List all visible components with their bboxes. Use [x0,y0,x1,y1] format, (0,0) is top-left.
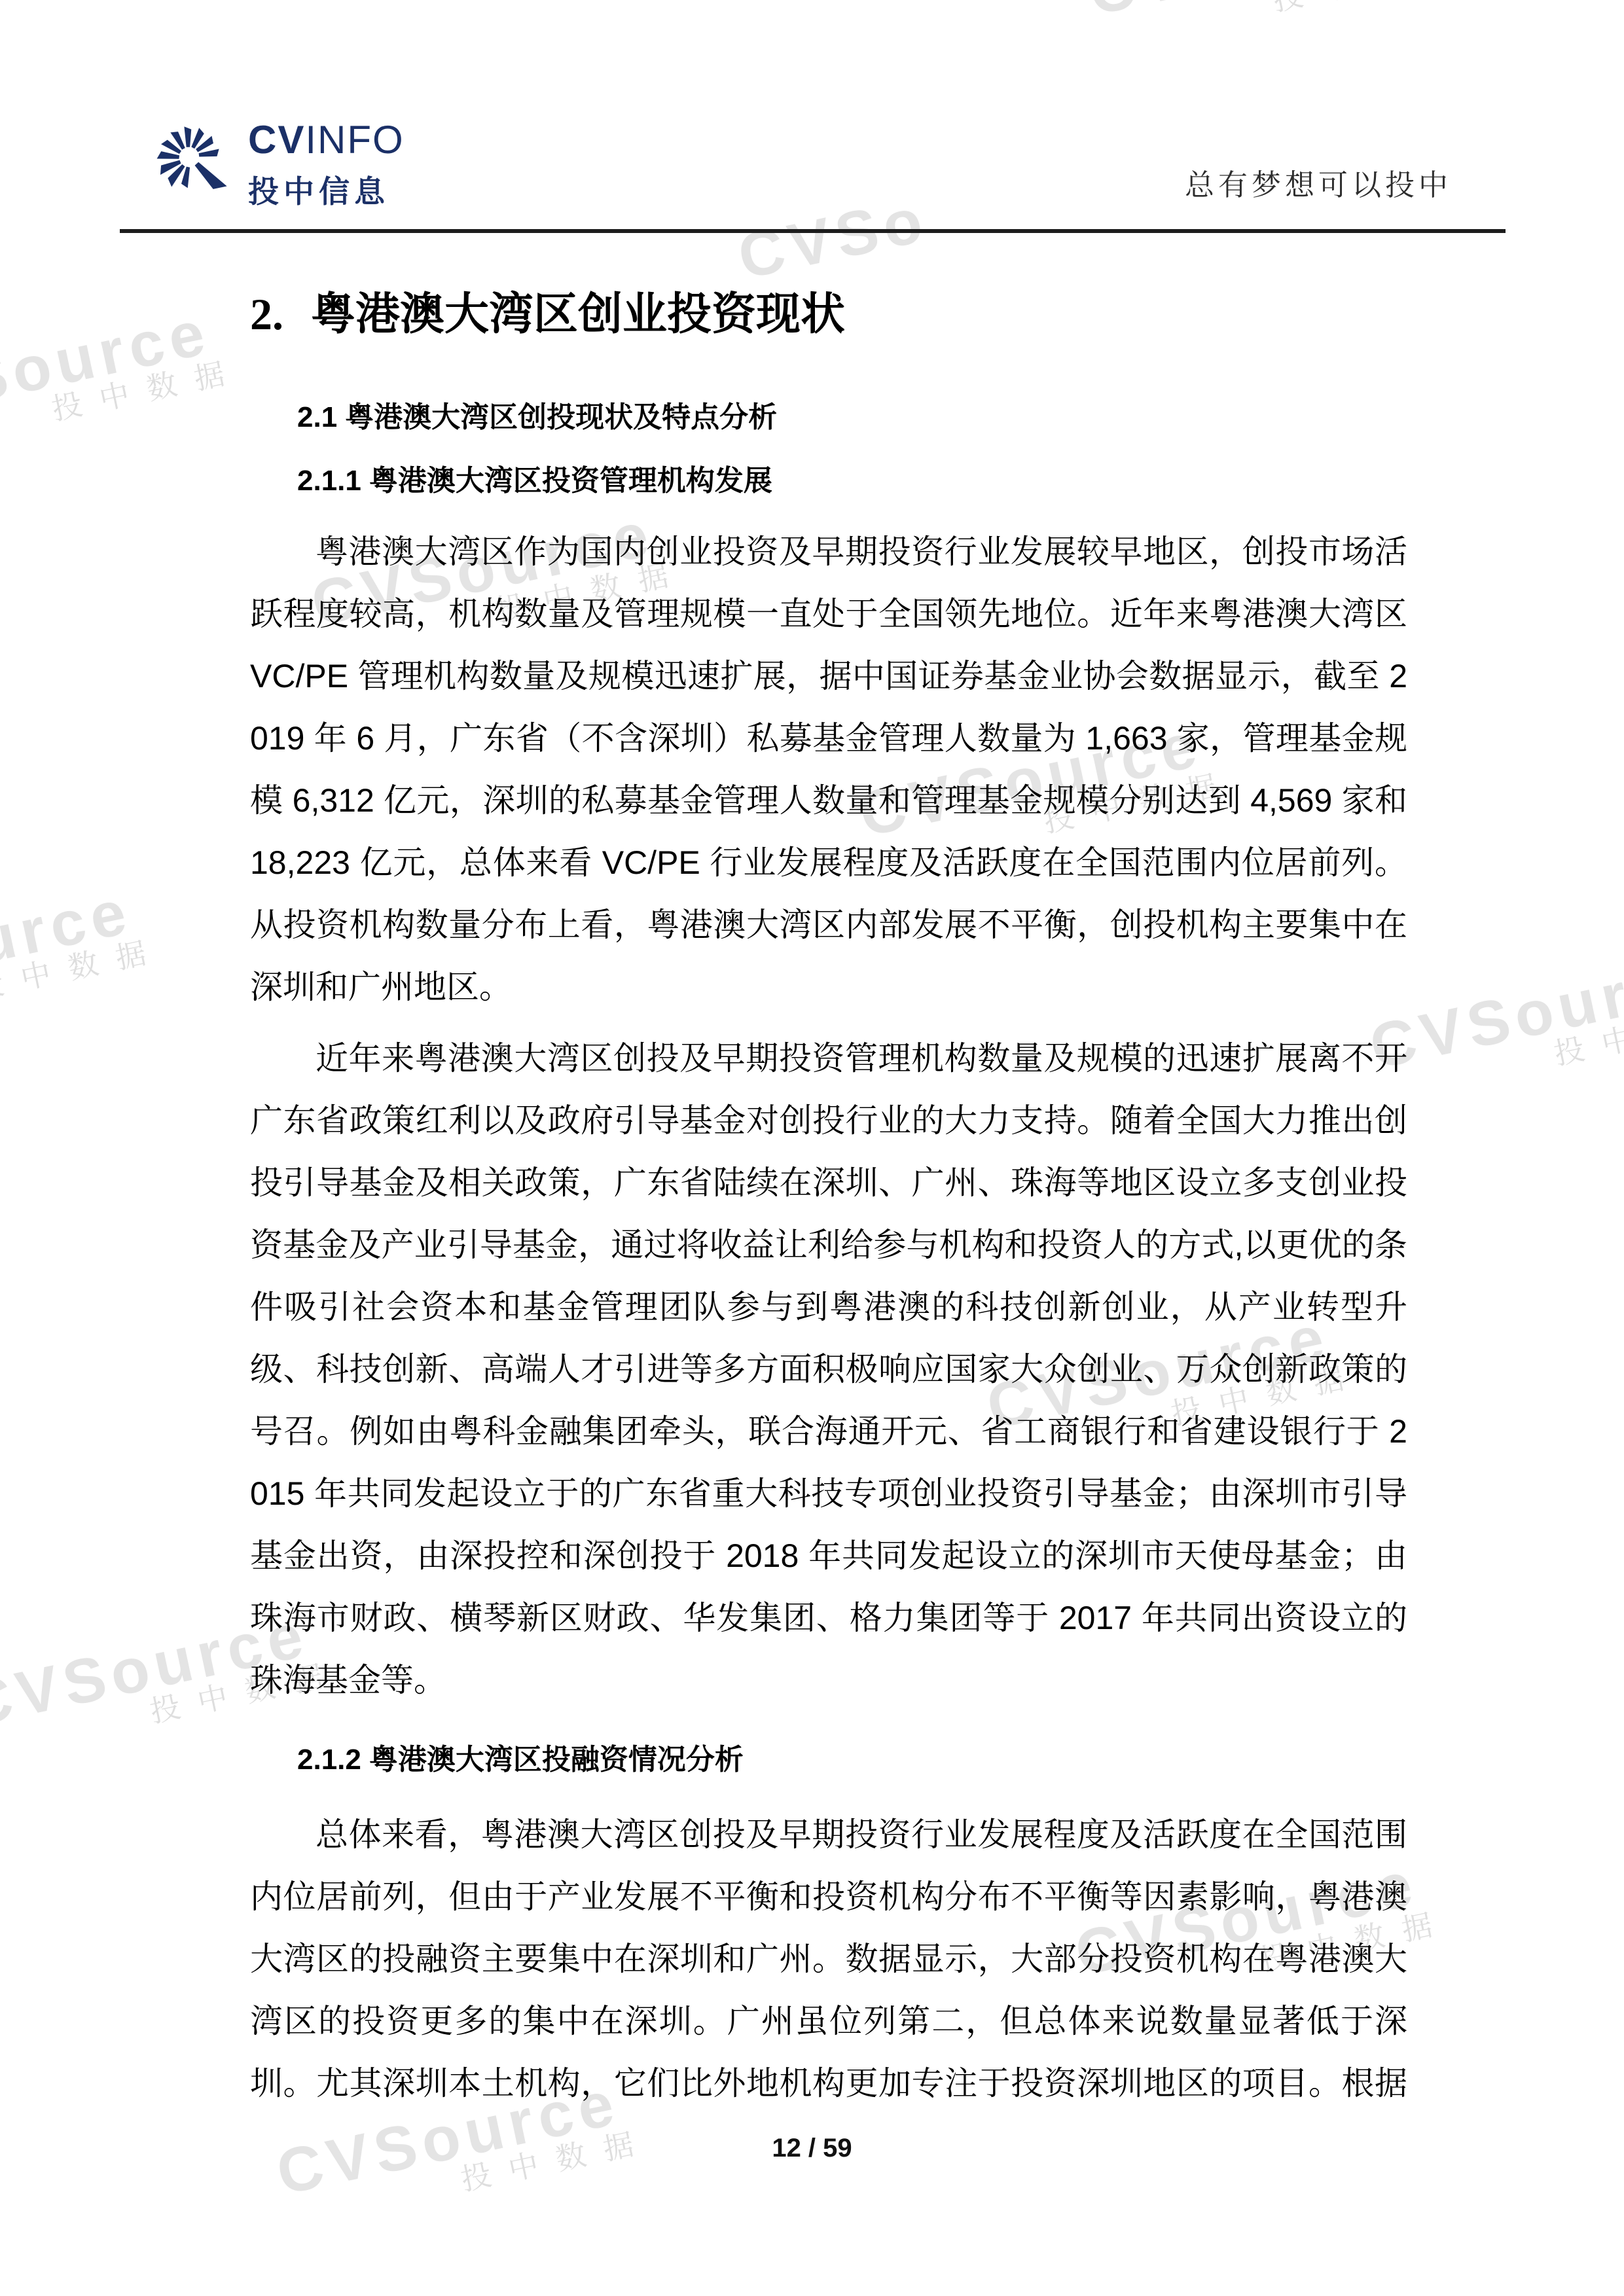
logo-info: INFO [305,118,404,162]
section-title: 粤港澳大湾区创业投资现状 [311,289,845,339]
subsection-number: 2.1 [297,401,337,433]
watermark-latin: CVSource [0,875,161,1014]
document-content: 2.粤港澳大湾区创业投资现状 2.1粤港澳大湾区创投现状及特点分析 2.1.1粤… [250,290,1407,2115]
cvinfo-pinwheel-icon [139,102,239,212]
subsection-heading-2-1: 2.1粤港澳大湾区创投现状及特点分析 [297,399,1407,435]
page-number: 12 / 59 [772,2134,852,2162]
cvinfo-logo: CVINFO 投中信息 [139,102,405,212]
watermark: CVSource 投中数据 [0,296,245,461]
subsection-title: 粤港澳大湾区投资管理机构发展 [369,465,772,497]
paragraph-3: 总体来看，粤港澳大湾区创投及早期投资行业发展程度及活跃度在全国范围内位居前列，但… [250,1804,1407,2115]
page-footer: 12 / 59 [0,2134,1624,2163]
watermark-latin: CVSource [1083,0,1460,26]
subsection-heading-2-1-1: 2.1.1粤港澳大湾区投资管理机构发展 [297,463,1407,499]
subsection-heading-2-1-2: 2.1.2粤港澳大湾区投融资情况分析 [297,1742,1407,1778]
logo-cv: CV [248,118,305,162]
subsection-number: 2.1.2 [297,1744,361,1776]
logo-text: CVINFO 投中信息 [248,102,405,211]
subsection-title: 粤港澳大湾区创投现状及特点分析 [345,401,777,433]
watermark: CVSo [733,188,933,289]
subsection-number: 2.1.1 [297,465,361,497]
watermark-cn: 投中数据 [1551,999,1624,1069]
watermark-latin: CVSo [733,188,933,289]
logo-latin: CVINFO [248,120,405,160]
paragraph-2: 近年来粤港澳大湾区创投及早期投资管理机构数量及规模的迅速扩展离不开广东省政策红利… [250,1028,1407,1712]
paragraph-1: 粤港澳大湾区作为国内创业投资及早期投资行业发展较早地区，创投市场活跃程度较高，机… [250,521,1407,1018]
header-tagline: 总有梦想可以投中 [1185,161,1452,204]
subsection-title: 粤港澳大湾区投融资情况分析 [369,1744,744,1776]
section-number: 2. [250,289,283,339]
header-rule [120,229,1506,233]
watermark: CVSource 投中数据 [1083,0,1466,52]
watermark-cn: 投中数据 [49,355,245,425]
document-page: CVSource 投中数据 CVSo CVSource 投中数据 CVSourc… [0,0,1624,2296]
watermark-latin: CVSource [0,296,240,435]
watermark-cn: 投中数据 [1270,0,1466,15]
watermark: CVSource 投中数据 [0,875,166,1041]
section-heading: 2.粤港澳大湾区创业投资现状 [250,290,1407,339]
watermark-cn: 投中数据 [0,934,166,1004]
logo-cn: 投中信息 [248,168,405,211]
